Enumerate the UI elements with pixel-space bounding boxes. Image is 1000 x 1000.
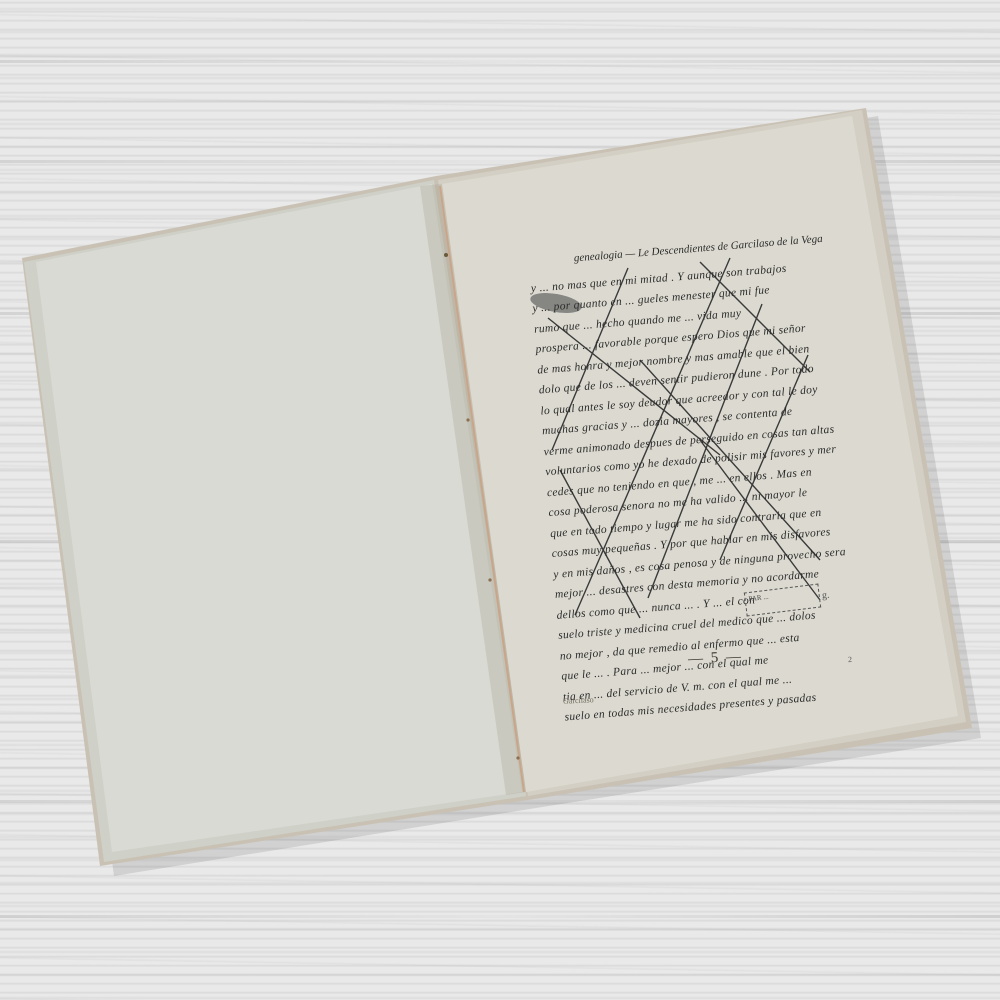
manuscript-signature-mark: g. <box>822 590 830 601</box>
manuscript-facsimile: genealogia — Le Descendientes de Garcila… <box>528 228 856 620</box>
footer-author-name: Garcilaso <box>563 695 594 706</box>
open-book <box>0 0 1000 1000</box>
page-number: — 5 — <box>688 649 744 669</box>
printer-signature-mark: 2 <box>848 655 852 664</box>
